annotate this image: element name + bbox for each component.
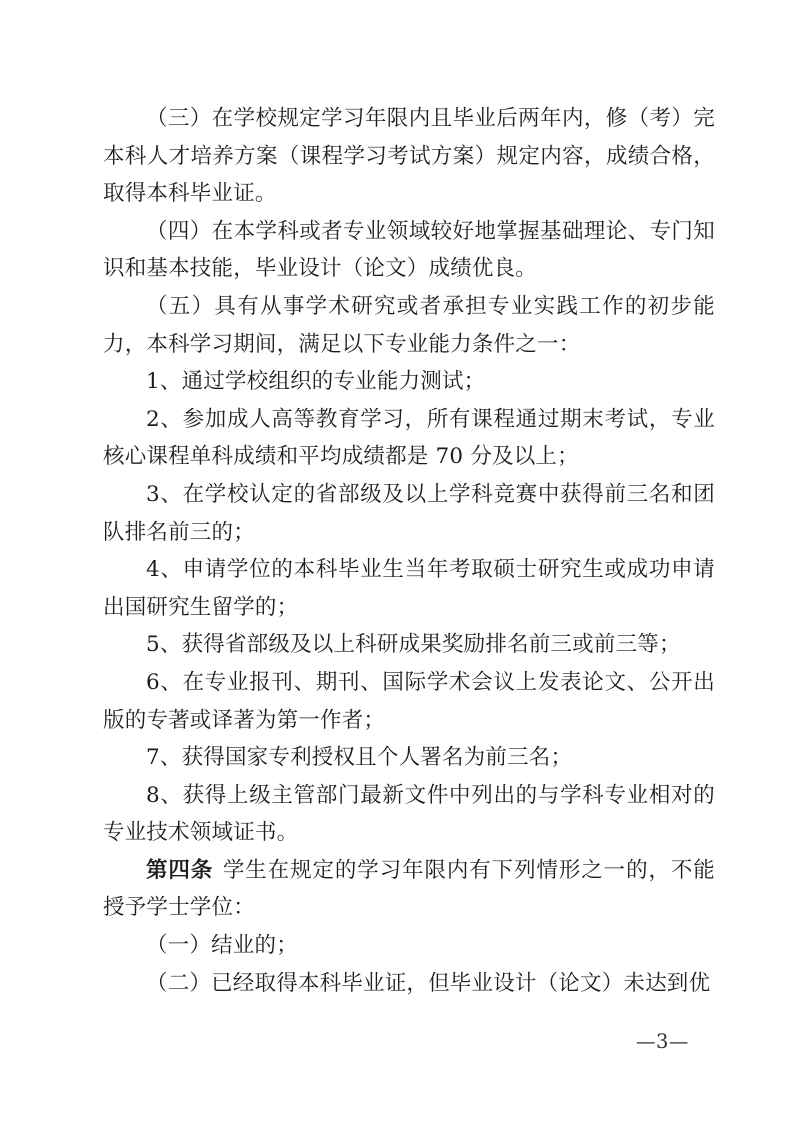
- paragraph: （三）在学校规定学习年限内且毕业后两年内，修（考）完本科人才培养方案（课程学习考…: [103, 100, 715, 213]
- paragraph: （一）结业的；: [103, 927, 715, 965]
- paragraph-text: 1、通过学校组织的专业能力测试；: [146, 369, 485, 394]
- paragraph: 3、在学校认定的省部级及以上学科竞赛中获得前三名和团队排名前三的；: [103, 476, 715, 551]
- paragraph-text: 5、获得省部级及以上科研成果奖励排名前三或前三等；: [146, 632, 681, 657]
- document-page: { "page": { "background": "#ffffff", "te…: [0, 0, 793, 1122]
- paragraph-text: 2、参加成人高等教育学习，所有课程通过期末考试，专业核心课程单科成绩和平均成绩都…: [103, 407, 715, 470]
- paragraph: 第四条学生在规定的学习年限内有下列情形之一的，不能授予学士学位：: [103, 852, 715, 927]
- paragraph: 7、获得国家专利授权且个人署名为前三名；: [103, 739, 715, 777]
- paragraph-text: （二）已经取得本科毕业证，但毕业设计（论文）未达到优: [146, 971, 710, 996]
- paragraph: 5、获得省部级及以上科研成果奖励排名前三或前三等；: [103, 626, 715, 664]
- paragraph: 4、申请学位的本科毕业生当年考取硕士研究生或成功申请出国研究生留学的；: [103, 551, 715, 626]
- paragraph-text: （一）结业的；: [146, 933, 298, 958]
- paragraph-text: （五）具有从事学术研究或者承担专业实践工作的初步能力，本科学习期间，满足以下专业…: [103, 294, 715, 357]
- paragraph-text: （四）在本学科或者专业领域较好地掌握基础理论、专门知识和基本技能，毕业设计（论文…: [103, 219, 715, 282]
- paragraph-text: 4、申请学位的本科毕业生当年考取硕士研究生或成功申请出国研究生留学的；: [103, 557, 715, 620]
- paragraph: （四）在本学科或者专业领域较好地掌握基础理论、专门知识和基本技能，毕业设计（论文…: [103, 213, 715, 288]
- page-number: —3—: [636, 1031, 689, 1053]
- paragraph-text: 6、在专业报刊、期刊、国际学术会议上发表论文、公开出版的专著或译著为第一作者；: [103, 670, 715, 733]
- paragraph-text: 3、在学校认定的省部级及以上学科竞赛中获得前三名和团队排名前三的；: [103, 482, 715, 545]
- paragraph: 6、在专业报刊、期刊、国际学术会议上发表论文、公开出版的专著或译著为第一作者；: [103, 664, 715, 739]
- paragraph-lead: 第四条: [146, 858, 213, 883]
- paragraph-text: （三）在学校规定学习年限内且毕业后两年内，修（考）完本科人才培养方案（课程学习考…: [103, 106, 715, 206]
- paragraph: 8、获得上级主管部门最新文件中列出的与学科专业相对的专业技术领域证书。: [103, 777, 715, 852]
- document-body: （三）在学校规定学习年限内且毕业后两年内，修（考）完本科人才培养方案（课程学习考…: [103, 100, 715, 1002]
- paragraph-text: 8、获得上级主管部门最新文件中列出的与学科专业相对的专业技术领域证书。: [103, 783, 715, 846]
- paragraph: （五）具有从事学术研究或者承担专业实践工作的初步能力，本科学习期间，满足以下专业…: [103, 288, 715, 363]
- paragraph: 1、通过学校组织的专业能力测试；: [103, 363, 715, 401]
- paragraph: 2、参加成人高等教育学习，所有课程通过期末考试，专业核心课程单科成绩和平均成绩都…: [103, 401, 715, 476]
- paragraph-text: 7、获得国家专利授权且个人署名为前三名；: [146, 745, 572, 770]
- paragraph: （二）已经取得本科毕业证，但毕业设计（论文）未达到优: [103, 965, 715, 1003]
